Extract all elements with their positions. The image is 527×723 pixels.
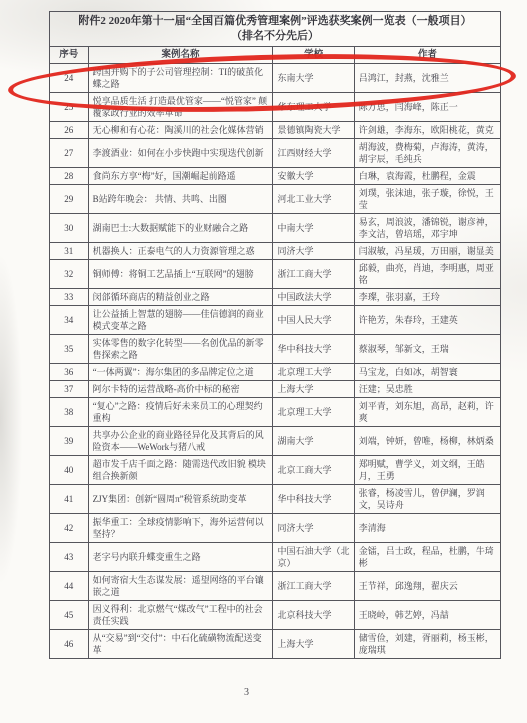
table-row: 34 让公益插上智慧的翅膀——佳信德润的商业模式变革之路 中国人民大学 许艳芳，… <box>50 306 501 335</box>
table-row: 41 ZJY集团：创新“圆周π”税管系统助变革 华中科技大学 张睿，杨凌雪儿，曾… <box>50 485 501 514</box>
table-row: 44 如何寄宿大生态谋发展：遥望网络的平台镶嵌之道 浙江工商大学 王节祥，邱逸翔… <box>50 572 501 601</box>
authors-cell: 易玄，周浪波，潘锦锐，谢彦神，李文洁，曾培瑶，邓宇坤 <box>354 214 500 243</box>
case-name-cell: 无心柳和有心花：陶溪川的社会化媒体营销 <box>88 122 273 139</box>
case-name-cell: 如何寄宿大生态谋发展：遥望网络的平台镶嵌之道 <box>88 572 273 601</box>
authors-cell: 李清海 <box>354 514 500 543</box>
table-row: 31 机器换人：正泰电气的人力资源管理之惑 同济大学 闫淑敏，冯星瑗，万田丽，谢… <box>50 243 501 260</box>
school-cell: 同济大学 <box>273 514 354 543</box>
serial-cell: 31 <box>50 243 89 260</box>
case-name-cell: 实体零售的数字化转型——名创优品的新零售探索之路 <box>88 335 273 364</box>
page-number: 3 <box>244 687 249 698</box>
school-cell: 中南大学 <box>273 214 354 243</box>
table-row: 45 因义得利：北京燃气“煤改气”工程中的社会责任实践 北京科技大学 王晓岭，韩… <box>50 601 501 630</box>
school-cell: 同济大学 <box>273 243 354 260</box>
column-header-serial: 序号 <box>50 47 89 64</box>
serial-cell: 26 <box>50 122 89 139</box>
school-cell: 华中科技大学 <box>273 335 354 364</box>
serial-cell: 44 <box>50 572 89 601</box>
authors-cell: 闫淑敏，冯星瑗，万田丽，谢显美 <box>354 243 500 260</box>
authors-cell: 胡海波，费梅菊，卢海涛，黄涛，胡宇辰，毛纯兵 <box>354 139 500 168</box>
authors-cell: 刘端，钟妍，曾唯，杨柳，林炳桑 <box>354 427 500 456</box>
table-row: 36 “一体两翼”：海尔集团的多品牌定位之道 北京理工大学 马宝龙，白如冰，胡智… <box>50 364 501 381</box>
column-header-case-name: 案例名称 <box>88 47 273 64</box>
authors-cell: 陈万思，闫海峰，陈正一 <box>354 93 500 122</box>
authors-cell: 蔡淑琴，邹新文，王瑞 <box>354 335 500 364</box>
school-cell: 东南大学 <box>273 64 354 93</box>
authors-cell: 刘平青，刘东旭，高昂，赵莉，许爽 <box>354 398 500 427</box>
authors-cell: 汪建；吴忠胜 <box>354 381 500 398</box>
award-case-table: 附件2 2020年第十一届“全国百篇优秀管理案例”评选获奖案例一览表（一般项目）… <box>49 11 501 659</box>
case-name-cell: 共享办公企业的商业路径异化及其背后的风险资本——WeWork与猪八戒 <box>88 427 273 456</box>
school-cell: 华东理工大学 <box>273 93 354 122</box>
serial-cell: 42 <box>50 514 89 543</box>
table-row: 24 跨国并购下的子公司管理控制：TI的破茧化蝶之路 东南大学 吕鸿江，封燕，沈… <box>50 64 501 93</box>
case-name-cell: 机器换人：正泰电气的人力资源管理之惑 <box>88 243 273 260</box>
case-name-cell: 让公益插上智慧的翅膀——佳信德润的商业模式变革之路 <box>88 306 273 335</box>
document-title-line2: （排名不分先后） <box>54 29 496 44</box>
table-row: 28 食尚东方享“梅”好，国潮崛起前路遥 安徽大学 白琳，袁海霞，杜鹏程，金震 <box>50 168 501 185</box>
case-name-cell: 悦享品质生活 打造最优管家——“悦管家” 颠覆家政行业的效率革命 <box>88 93 273 122</box>
case-name-cell: 铜师傅：将铜工艺品插上“互联网”的翅膀 <box>88 260 273 289</box>
school-cell: 上海大学 <box>273 630 354 659</box>
case-name-cell: 因义得利：北京燃气“煤改气”工程中的社会责任实践 <box>88 601 273 630</box>
authors-cell: 储雪俭，刘建，胥丽莉，杨玉彬，庞瑞琪 <box>354 630 500 659</box>
case-name-cell: ZJY集团：创新“圆周π”税管系统助变革 <box>88 485 273 514</box>
serial-cell: 34 <box>50 306 89 335</box>
table-row: 46 从“交易”到“交付”：中石化硫磺物流配送变革 上海大学 储雪俭，刘建，胥丽… <box>50 630 501 659</box>
serial-cell: 27 <box>50 139 89 168</box>
school-cell: 中国石油大学（北京） <box>273 543 354 572</box>
serial-cell: 41 <box>50 485 89 514</box>
table-row: 32 铜师傅：将铜工艺品插上“互联网”的翅膀 浙江工商大学 邱毅，曲亮，肖迪，李… <box>50 260 501 289</box>
serial-cell: 45 <box>50 601 89 630</box>
case-name-cell: B站跨年晚会： 共情、共鸣、出圈 <box>88 185 273 214</box>
case-name-cell: 食尚东方享“梅”好，国潮崛起前路遥 <box>88 168 273 185</box>
authors-cell: 郑明赋，曹学义，刘文纲，王皓月，王勇 <box>354 456 500 485</box>
authors-cell: 刘璞，张沫迪，张子璇，徐悦，王莹 <box>354 185 500 214</box>
school-cell: 华中科技大学 <box>273 485 354 514</box>
table-row: 38 “复心”之路：疫情后好未来员工的心理契约重构 北京理工大学 刘平青，刘东旭… <box>50 398 501 427</box>
case-name-cell: 李渡酒业：如何在小步快跑中实现迭代创新 <box>88 139 273 168</box>
serial-cell: 32 <box>50 260 89 289</box>
case-name-cell: 超市发千店千面之路：随需迭代改旧貌 模块组合换新颜 <box>88 456 273 485</box>
authors-cell: 王节祥，邱逸翔，翟庆云 <box>354 572 500 601</box>
school-cell: 浙江工商大学 <box>273 260 354 289</box>
school-cell: 浙江工商大学 <box>273 572 354 601</box>
authors-cell: 邱毅，曲亮，肖迪，李明惠，周亚铭 <box>354 260 500 289</box>
serial-cell: 40 <box>50 456 89 485</box>
authors-cell: 许剑雄，李海东，欧阳桃花，黄克 <box>354 122 500 139</box>
case-name-cell: 湖南巴士:大数据赋能下的业财融合之路 <box>88 214 273 243</box>
school-cell: 北京工商大学 <box>273 456 354 485</box>
school-cell: 上海大学 <box>273 381 354 398</box>
authors-cell: 李璨，张羽嘉，王玲 <box>354 289 500 306</box>
serial-cell: 30 <box>50 214 89 243</box>
table-row: 37 阿尔卡特的运营战略-高价中标的秘密 上海大学 汪建；吴忠胜 <box>50 381 501 398</box>
authors-cell: 白琳，袁海霞，杜鹏程，金震 <box>354 168 500 185</box>
table-row: 42 振华重工：全球疫情影响下，海外运营何以坚持？ 同济大学 李清海 <box>50 514 501 543</box>
serial-cell: 46 <box>50 630 89 659</box>
table-row: 40 超市发千店千面之路：随需迭代改旧貌 模块组合换新颜 北京工商大学 郑明赋，… <box>50 456 501 485</box>
school-cell: 江西财经大学 <box>273 139 354 168</box>
title-row: 附件2 2020年第十一届“全国百篇优秀管理案例”评选获奖案例一览表（一般项目）… <box>50 12 501 47</box>
case-name-cell: 振华重工：全球疫情影响下，海外运营何以坚持？ <box>88 514 273 543</box>
school-cell: 湖南大学 <box>273 427 354 456</box>
serial-cell: 24 <box>50 64 89 93</box>
serial-cell: 35 <box>50 335 89 364</box>
case-name-cell: 闵郃循环商店的精益创业之路 <box>88 289 273 306</box>
document-title-cell: 附件2 2020年第十一届“全国百篇优秀管理案例”评选获奖案例一览表（一般项目）… <box>50 12 501 47</box>
table-row: 27 李渡酒业：如何在小步快跑中实现迭代创新 江西财经大学 胡海波，费梅菊，卢海… <box>50 139 501 168</box>
authors-cell: 金镭，吕士政，程品，杜鹏，牛琦彬 <box>354 543 500 572</box>
authors-cell: 张睿，杨凌雪儿，曾伊澜，罗润文，吴诗舟 <box>354 485 500 514</box>
school-cell: 中国人民大学 <box>273 306 354 335</box>
case-name-cell: 阿尔卡特的运营战略-高价中标的秘密 <box>88 381 273 398</box>
document-title-line1: 附件2 2020年第十一届“全国百篇优秀管理案例”评选获奖案例一览表（一般项目） <box>54 14 496 29</box>
serial-cell: 39 <box>50 427 89 456</box>
table-row: 33 闵郃循环商店的精益创业之路 中国政法大学 李璨，张羽嘉，王玲 <box>50 289 501 306</box>
serial-cell: 28 <box>50 168 89 185</box>
serial-cell: 43 <box>50 543 89 572</box>
column-header-authors: 作者 <box>354 47 500 64</box>
school-cell: 北京理工大学 <box>273 398 354 427</box>
table-row: 26 无心柳和有心花：陶溪川的社会化媒体营销 景德镇陶瓷大学 许剑雄，李海东，欧… <box>50 122 501 139</box>
school-cell: 安徽大学 <box>273 168 354 185</box>
serial-cell: 36 <box>50 364 89 381</box>
header-row: 序号 案例名称 学校 作者 <box>50 47 501 64</box>
case-name-cell: “一体两翼”：海尔集团的多品牌定位之道 <box>88 364 273 381</box>
case-name-cell: 跨国并购下的子公司管理控制：TI的破茧化蝶之路 <box>88 64 273 93</box>
serial-cell: 25 <box>50 93 89 122</box>
table-row: 29 B站跨年晚会： 共情、共鸣、出圈 河北工业大学 刘璞，张沫迪，张子璇，徐悦… <box>50 185 501 214</box>
serial-cell: 37 <box>50 381 89 398</box>
table-row: 43 老字号内联升蝶变重生之路 中国石油大学（北京） 金镭，吕士政，程品，杜鹏，… <box>50 543 501 572</box>
serial-cell: 38 <box>50 398 89 427</box>
authors-cell: 许艳芳，朱春玲，王建英 <box>354 306 500 335</box>
school-cell: 河北工业大学 <box>273 185 354 214</box>
case-name-cell: 老字号内联升蝶变重生之路 <box>88 543 273 572</box>
scanned-document-page: 附件2 2020年第十一届“全国百篇优秀管理案例”评选获奖案例一览表（一般项目）… <box>0 0 527 723</box>
case-name-cell: “复心”之路：疫情后好未来员工的心理契约重构 <box>88 398 273 427</box>
table-row: 39 共享办公企业的商业路径异化及其背后的风险资本——WeWork与猪八戒 湖南… <box>50 427 501 456</box>
school-cell: 景德镇陶瓷大学 <box>273 122 354 139</box>
school-cell: 北京理工大学 <box>273 364 354 381</box>
school-cell: 中国政法大学 <box>273 289 354 306</box>
serial-cell: 29 <box>50 185 89 214</box>
case-name-cell: 从“交易”到“交付”：中石化硫磺物流配送变革 <box>88 630 273 659</box>
column-header-school: 学校 <box>273 47 354 64</box>
authors-cell: 吕鸿江，封燕，沈雅兰 <box>354 64 500 93</box>
table-row: 35 实体零售的数字化转型——名创优品的新零售探索之路 华中科技大学 蔡淑琴，邹… <box>50 335 501 364</box>
table-row: 30 湖南巴士:大数据赋能下的业财融合之路 中南大学 易玄，周浪波，潘锦锐，谢彦… <box>50 214 501 243</box>
authors-cell: 马宝龙，白如冰，胡智寰 <box>354 364 500 381</box>
table-row: 25 悦享品质生活 打造最优管家——“悦管家” 颠覆家政行业的效率革命 华东理工… <box>50 93 501 122</box>
school-cell: 北京科技大学 <box>273 601 354 630</box>
authors-cell: 王晓岭，韩艺婷，冯喆 <box>354 601 500 630</box>
serial-cell: 33 <box>50 289 89 306</box>
